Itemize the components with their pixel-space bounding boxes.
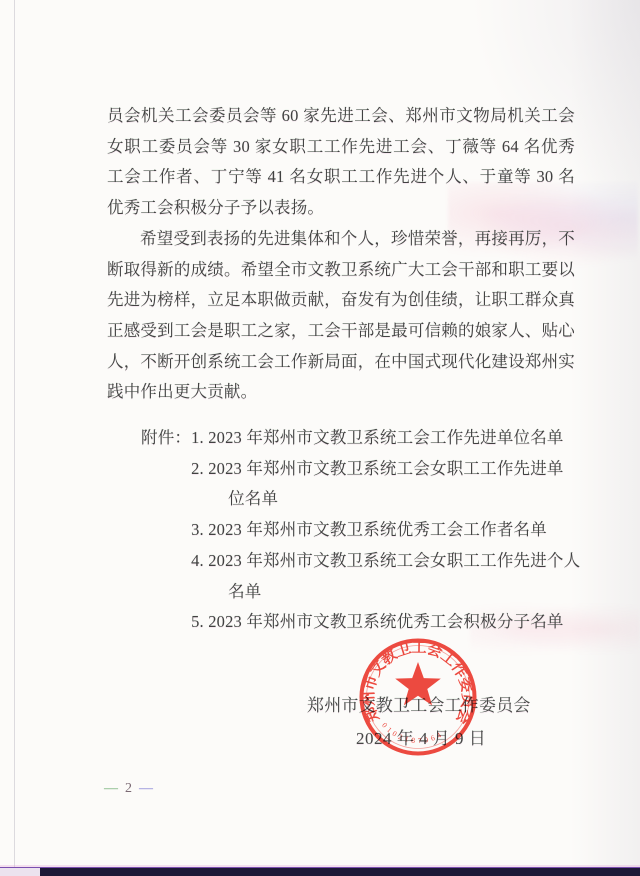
attachments-block: 附件： 1. 2023 年郑州市文教卫系统工会工作先进单位名单 2. 2023 … [141,423,580,638]
attachment-item: 1. 2023 年郑州市文教卫系统工会工作先进单位名单 [191,423,580,454]
scan-bottom-edge-light-segment [0,868,40,876]
seal-star-icon [395,662,441,705]
attachments-list: 1. 2023 年郑州市文教卫系统工会工作先进单位名单 2. 2023 年郑州市… [191,423,580,638]
attachment-item: 2. 2023 年郑州市文教卫系统工会女职工工作先进单 位名单 [191,454,580,515]
page-number: —2— [104,781,155,797]
scan-left-edge-line [14,0,15,867]
scanned-document-page: 员会机关工会委员会等 60 家先进工会、郑州市文物局机关工会女职工委员会等 30… [0,0,640,876]
seal-code-text: 0102187064 [380,721,445,745]
page-number-value: 2 [120,781,139,796]
body-paragraph-1: 员会机关工会委员会等 60 家先进工会、郑州市文物局机关工会女职工委员会等 30… [107,101,575,224]
scan-bottom-edge [0,867,640,876]
document-body: 员会机关工会委员会等 60 家先进工会、郑州市文物局机关工会女职工委员会等 30… [107,101,575,408]
page-number-right-dash: — [139,781,155,796]
attachment-item: 3. 2023 年郑州市文教卫系统优秀工会工作者名单 [191,515,580,546]
attachment-item: 4. 2023 年郑州市文教卫系统工会女职工工作先进个人 名单 [191,546,580,607]
official-seal: 郑州市文教卫工会工作委员会 0102187064 [328,607,508,787]
page-number-left-dash: — [104,781,120,796]
attachments-label: 附件： [141,423,191,638]
body-paragraph-2: 希望受到表扬的先进集体和个人，珍惜荣誉，再接再厉，不断取得新的成绩。希望全市文教… [107,224,575,408]
